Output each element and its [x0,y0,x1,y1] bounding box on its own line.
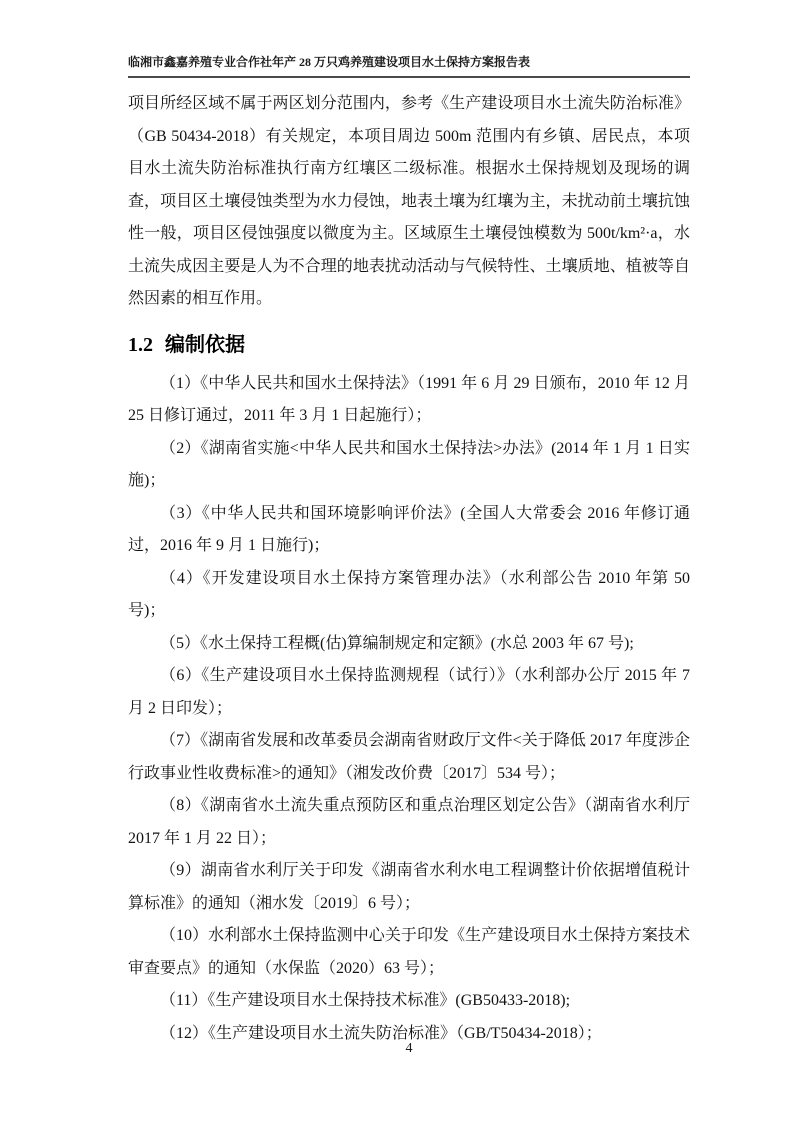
document-page: 临湘市鑫嘉养殖专业合作社年产 28 万只鸡养殖建设项目水土保持方案报告表 项目所… [0,0,793,1122]
reference-item: （5）《水土保持工程概(估)算编制规定和定额》(水总 2003 年 67 号); [128,628,690,661]
header-rule [128,76,690,78]
section-heading: 1.2编制依据 [128,330,690,360]
reference-item: （11）《生产建设项目水土保持技术标准》(GB50433-2018); [128,985,690,1018]
reference-item: （9）湖南省水利厅关于印发《湖南省水利水电工程调整计价依据增值税计算标准》的通知… [128,855,690,920]
references-list: （1）《中华人民共和国水土保持法》（1991 年 6 月 29 日颁布，2010… [128,368,690,1051]
reference-item: （1）《中华人民共和国水土保持法》（1991 年 6 月 29 日颁布，2010… [128,368,690,433]
section-number: 1.2 [128,334,153,356]
reference-item: （6）《生产建设项目水土保持监测规程（试行）》（水利部办公厅 2015 年 7 … [128,660,690,725]
reference-item: （10）水利部水土保持监测中心关于印发《生产建设项目水土保持方案技术审查要点》的… [128,920,690,985]
report-header-title: 临湘市鑫嘉养殖专业合作社年产 28 万只鸡养殖建设项目水土保持方案报告表 [128,54,690,76]
section-title: 编制依据 [165,334,245,356]
reference-item: （3）《中华人民共和国环境影响评价法》(全国人大常委会 2016 年修订通过，2… [128,498,690,563]
page-header: 临湘市鑫嘉养殖专业合作社年产 28 万只鸡养殖建设项目水土保持方案报告表 [128,0,690,78]
reference-item: （4）《开发建设项目水土保持方案管理办法》（水利部公告 2010 年第 50 号… [128,563,690,628]
reference-item: （8）《湖南省水土流失重点预防区和重点治理区划定公告》（湖南省水利厅 2017 … [128,790,690,855]
page-footer: 4 [128,1041,690,1057]
intro-paragraph: 项目所经区域不属于两区划分范围内，参考《生产建设项目水土流失防治标准》（GB 5… [128,88,690,316]
page-number: 4 [406,1041,413,1056]
reference-item: （7）《湖南省发展和改革委员会湖南省财政厅文件<关于降低 2017 年度涉企行政… [128,725,690,790]
page-content: 临湘市鑫嘉养殖专业合作社年产 28 万只鸡养殖建设项目水土保持方案报告表 项目所… [128,0,690,1050]
document-body: 项目所经区域不属于两区划分范围内，参考《生产建设项目水土流失防治标准》（GB 5… [128,88,690,1050]
reference-item: （2）《湖南省实施<中华人民共和国水土保持法>办法》(2014 年 1 月 1 … [128,433,690,498]
